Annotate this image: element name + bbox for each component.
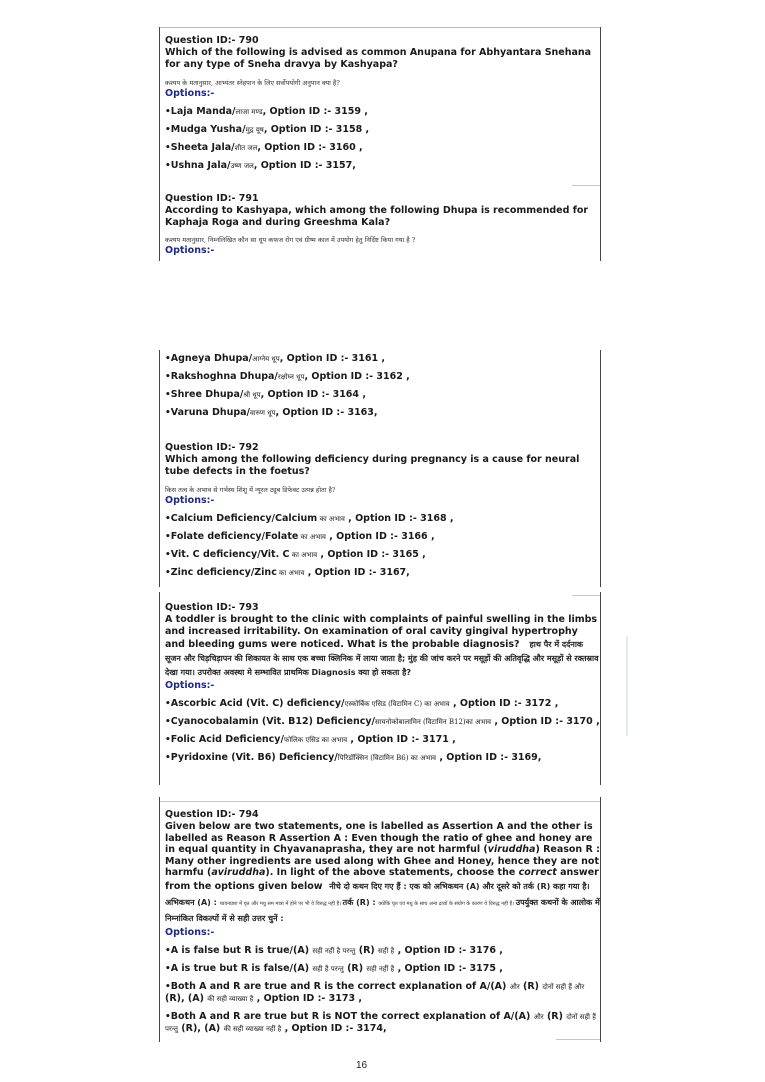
page-number: 16	[356, 1060, 367, 1071]
question-text: Given below are two statements, one is l…	[165, 821, 600, 927]
scan-artifact	[626, 636, 628, 736]
option: •Ushna Jala/उष्ण जल, Option ID :- 3157,	[165, 160, 600, 172]
options-label: Options:-	[165, 88, 600, 100]
question-id: Question ID:- 794	[165, 809, 600, 821]
question-790: Question ID:- 790 Which of the following…	[165, 35, 600, 172]
option: •Both A and R are true but R is NOT the …	[165, 1011, 600, 1035]
options-label: Options:-	[165, 927, 600, 939]
option: •Vit. C deficiency/Vit. C का अभाव , Opti…	[165, 549, 596, 561]
separator	[556, 1039, 600, 1040]
question-text: According to Kashyapa, which among the f…	[165, 205, 596, 229]
option: •A is true but R is false/(A) सही है परन…	[165, 963, 600, 975]
option: •A is false but R is true/(A) सही नहीं ह…	[165, 945, 600, 957]
options-label: Options:-	[165, 245, 596, 257]
question-text: Which among the following deficiency dur…	[165, 454, 596, 478]
question-panel-2: •Agneya Dhupa/आग्नेय धूप, Option ID :- 3…	[159, 350, 601, 587]
separator	[572, 185, 600, 186]
question-panel-4: Question ID:- 794 Given below are two st…	[159, 797, 601, 1042]
option: •Calcium Deficiency/Calcium का अभाव , Op…	[165, 513, 596, 525]
question-text-hindi: कश्यप के मतानुसार, आभ्यंतर स्नेहपान के ल…	[165, 78, 600, 88]
question-panel-1: Question ID:- 790 Which of the following…	[159, 27, 601, 261]
option: •Cyanocobalamin (Vit. B12) Deficiency/सा…	[165, 716, 600, 728]
question-id: Question ID:- 790	[165, 35, 600, 47]
option: •Mudga Yusha/मुद्ग यूष, Option ID :- 315…	[165, 124, 600, 136]
question-id: Question ID:- 792	[165, 442, 596, 454]
option: •Laja Manda/लाजा मण्ड, Option ID :- 3159…	[165, 106, 600, 118]
question-id: Question ID:- 791	[165, 193, 596, 205]
question-791-options: •Agneya Dhupa/आग्नेय धूप, Option ID :- 3…	[165, 353, 600, 419]
question-text: A toddler is brought to the clinic with …	[165, 614, 600, 680]
question-panel-3: Question ID:- 793 A toddler is brought t…	[159, 592, 601, 785]
option: •Agneya Dhupa/आग्नेय धूप, Option ID :- 3…	[165, 353, 600, 365]
question-id: Question ID:- 793	[165, 602, 600, 614]
option: •Folic Acid Deficiency/फोलिक एसिड का अभा…	[165, 734, 600, 746]
question-793: Question ID:- 793 A toddler is brought t…	[165, 592, 600, 764]
question-text-hindi: किस तत्व के अभाव से गर्भस्थ शिशु में न्य…	[165, 485, 596, 495]
options-label: Options:-	[165, 495, 596, 507]
separator	[160, 801, 600, 802]
option: •Both A and R are true and R is the corr…	[165, 981, 600, 1005]
option: •Sheeta Jala/शीत जल, Option ID :- 3160 ,	[165, 142, 600, 154]
question-794: Question ID:- 794 Given below are two st…	[165, 797, 600, 1035]
question-792: Question ID:- 792 Which among the follow…	[165, 442, 596, 579]
option: •Shree Dhupa/श्री धूप, Option ID :- 3164…	[165, 389, 600, 401]
option: •Pyridoxine (Vit. B6) Deficiency/पिरिडॉक…	[165, 752, 600, 764]
option: •Zinc deficiency/Zinc का अभाव , Option I…	[165, 567, 596, 579]
question-text: Which of the following is advised as com…	[165, 47, 600, 71]
option: •Rakshoghna Dhupa/रक्षोघ्न धूप, Option I…	[165, 371, 600, 383]
option: •Ascorbic Acid (Vit. C) deficiency/एस्को…	[165, 698, 600, 710]
option: •Varuna Dhupa/वारुण धूप, Option ID :- 31…	[165, 407, 600, 419]
question-791: Question ID:- 791 According to Kashyapa,…	[165, 193, 596, 257]
separator	[572, 595, 600, 596]
options-label: Options:-	[165, 680, 600, 692]
option: •Folate deficiency/Folate का अभाव , Opti…	[165, 531, 596, 543]
question-text-hindi: कश्यप मतानुसार, निम्नलिखित कौन सा धूप कफ…	[165, 235, 596, 245]
